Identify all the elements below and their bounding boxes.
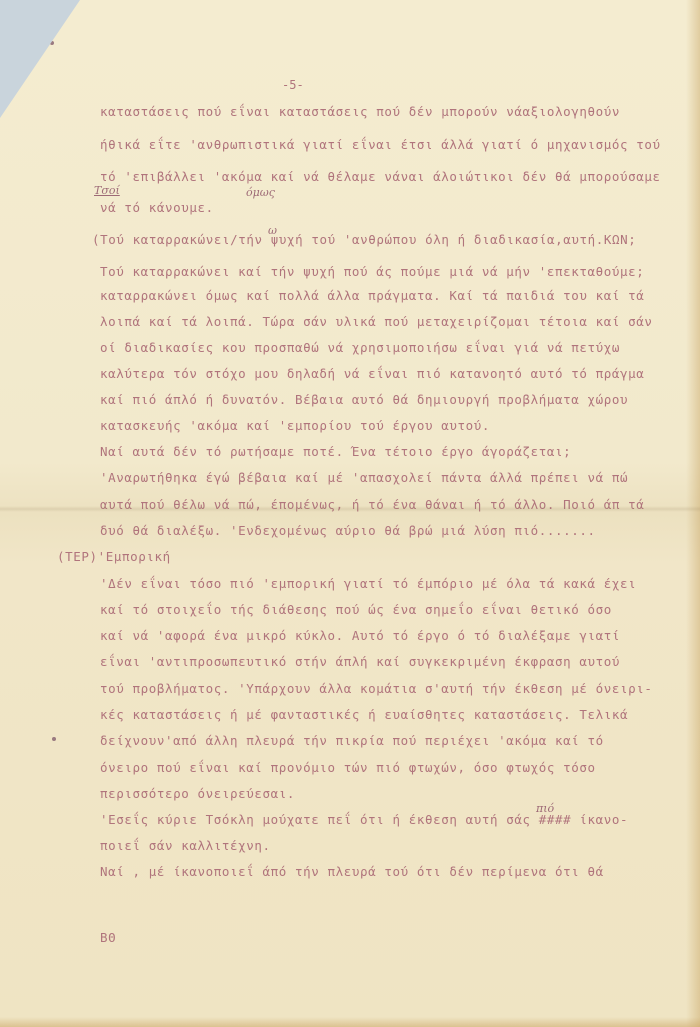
handwritten-margin-note: Τσοί xyxy=(94,184,120,197)
text-line: καί τό στοιχεΐο τής διάθεσης πού ώς ένα … xyxy=(100,602,612,617)
text-line: λοιπά καί τά λοιπά. Τώρα σάν υλικά πού μ… xyxy=(100,314,653,329)
text-line: καταστάσεις πού εΐναι καταστάσεις πού δέ… xyxy=(100,104,620,119)
page-number: -5- xyxy=(282,78,304,92)
text-line: 'Δέν εΐναι τόσο πιό 'εμπορική γιατί τό έ… xyxy=(100,576,636,591)
text-line: Ναί , μέ ίκανοποιεΐ άπό τήν πλευρά τού ό… xyxy=(100,864,604,879)
paper-edge-right xyxy=(686,0,700,1027)
text-line: Ναί αυτά δέν τό ρωτήσαμε ποτέ. Ένα τέτοι… xyxy=(100,444,571,459)
text-line: καταρρακώνει όμως καί πολλά άλλα πράγματ… xyxy=(100,288,644,303)
text-line: δυό θά διαλέξω. 'Ενδεχομένως αύριο θά βρ… xyxy=(100,523,596,538)
text-line: ήθικά εΐτε 'ανθρωπιστικά γιατί εΐναι έτσ… xyxy=(100,137,661,152)
text-line: καί νά 'αφορά ένα μικρό κύκλο. Αυτό τό έ… xyxy=(100,628,620,643)
text-line: 'Αναρωτήθηκα έγώ βέβαια καί μέ 'απασχολε… xyxy=(100,470,628,485)
text-line: 'Εσεΐς κύριε Τσόκλη μούχατε πεΐ ότι ή έκ… xyxy=(100,812,628,827)
text-line: ποιεΐ σάν καλλιτέχνη. xyxy=(100,838,271,853)
text-line: όνειρο πού εΐναι καί προνόμιο τών πιό φτ… xyxy=(100,760,596,775)
speaker-label-line: (ΤΕΡ)'Εμπορική xyxy=(57,549,171,564)
text-line: καί πιό άπλό ή δυνατόν. Βέβαια αυτό θά δ… xyxy=(100,392,628,407)
text-line: κές καταστάσεις ή μέ φανταστικές ή ευαίσ… xyxy=(100,707,628,722)
paper-edge-bottom xyxy=(0,1017,700,1027)
ink-spot xyxy=(50,41,54,45)
page-footer-mark: ΒΘ xyxy=(100,930,116,945)
text-line: τό 'επιβάλλει 'ακόμα καί νά θέλαμε νάναι… xyxy=(100,169,661,184)
text-line: δείχνουν'από άλλη πλευρά τήν πικρία πού … xyxy=(100,733,604,748)
ink-spot xyxy=(52,737,56,741)
text-line: οί διαδικασίες κου προσπαθώ νά χρησιμοπο… xyxy=(100,340,620,355)
document-page: -5- Τσοί όμως ω πιό καταστάσεις πού εΐνα… xyxy=(0,0,700,1027)
text-line: (Τού καταρρακώνει/τήν ψυχή τού 'ανθρώπου… xyxy=(92,232,636,247)
handwritten-insertion-above: όμως xyxy=(246,186,275,199)
text-line: αυτά πού θέλω νά πώ, έπομένως, ή τό ένα … xyxy=(100,497,644,512)
text-line: κατασκευής 'ακόμα καί 'εμπορίου τού έργο… xyxy=(100,418,490,433)
text-line: τού προβλήματος. 'Υπάρχουν άλλα κομάτια … xyxy=(100,681,653,696)
text-line: περισσότερο όνειρεύεσαι. xyxy=(100,786,295,801)
text-line: καλύτερα τόν στόχο μου δηλαδή νά εΐναι π… xyxy=(100,366,644,381)
text-line: νά τό κάνουμε. xyxy=(100,200,214,215)
text-line: εΐναι 'αντιπροσωπευτικό στήν άπλή καί συ… xyxy=(100,654,620,669)
text-line: Τού καταρρακώνει καί τήν ψυχή πού άς πού… xyxy=(100,264,644,279)
